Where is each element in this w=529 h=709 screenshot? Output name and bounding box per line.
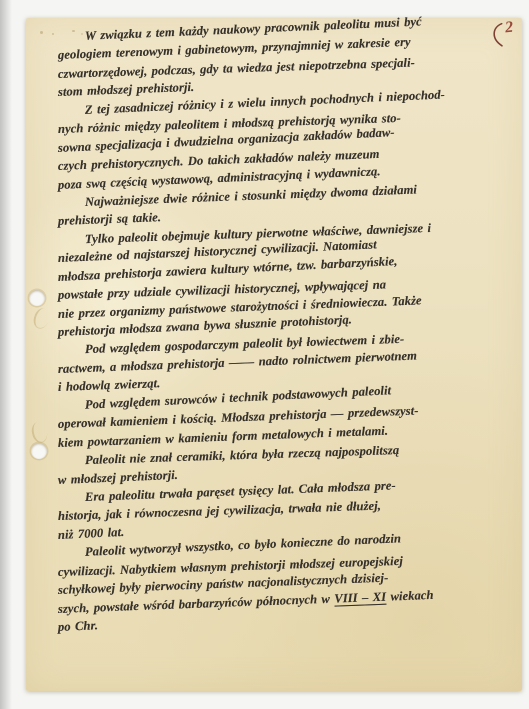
manuscript-text: W związku z tem każdy naukowy pracownik …: [58, 29, 513, 637]
fastener-crease-top: [31, 306, 52, 331]
scanner-edge-shadow: [0, 0, 12, 709]
manuscript-page: 2 W związku z tem każdy naukowy pracowni…: [26, 18, 522, 691]
punch-hole-bottom: [31, 443, 47, 459]
paper-speck: [40, 31, 43, 34]
punch-hole-top: [29, 290, 45, 306]
underlined-centuries: VIII – XI: [334, 589, 386, 605]
fastener-crease-bottom: [30, 420, 50, 444]
paper-speck: [52, 33, 54, 35]
scan-background: 2 W związku z tem każdy naukowy pracowni…: [0, 0, 529, 709]
